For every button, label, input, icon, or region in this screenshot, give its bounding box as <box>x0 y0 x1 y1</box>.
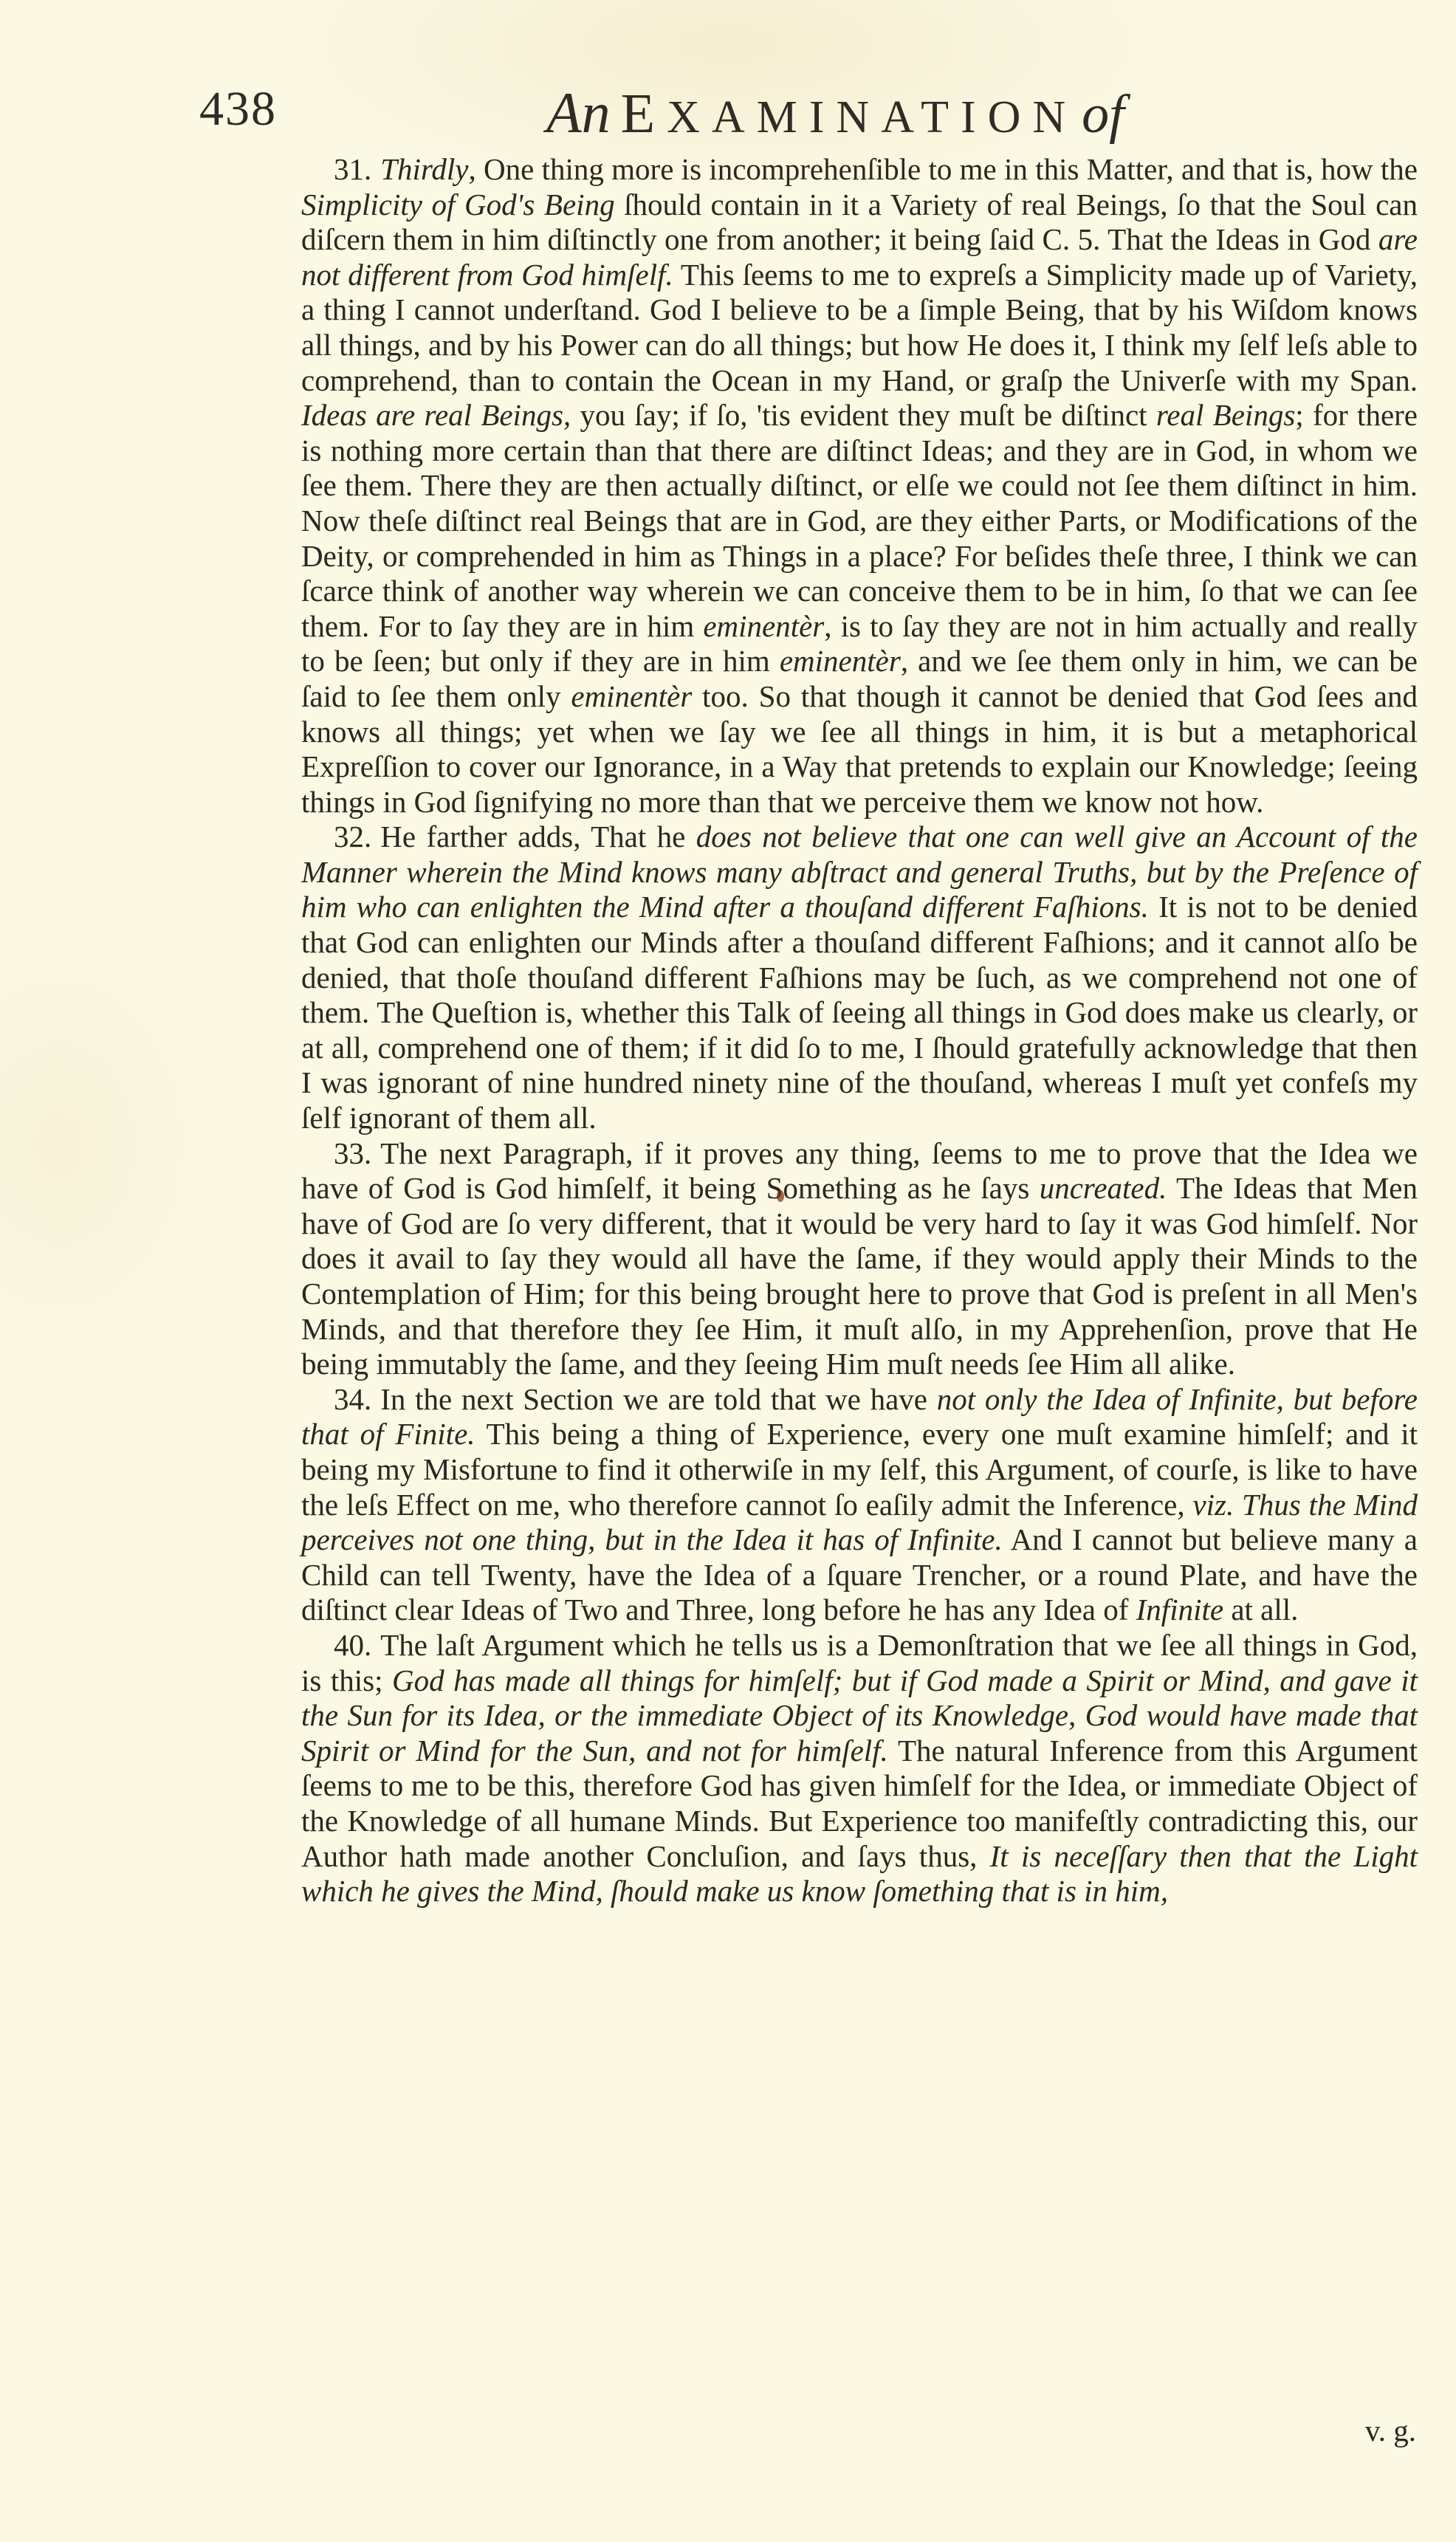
page-number: 438 <box>199 81 277 137</box>
text: at all. <box>1223 1593 1298 1626</box>
ink-stain <box>777 1190 784 1202</box>
italic-text: Thirdly <box>380 152 468 186</box>
section-number: 32. <box>334 820 371 853</box>
section-number: 40. <box>334 1628 371 1662</box>
section-number: 33. <box>334 1136 371 1170</box>
paragraph-section-33: 33.The next Paragraph, if it proves any … <box>301 1136 1418 1382</box>
running-title: AnEXAMINATIONof <box>546 80 1124 146</box>
italic-text: uncreated. <box>1040 1171 1167 1205</box>
text: He farther adds, That he <box>380 820 696 853</box>
catchword: v. g. <box>1365 2413 1416 2448</box>
running-title-rest: XAMINATION <box>667 92 1077 142</box>
italic-text: real Beings <box>1156 398 1295 432</box>
italic-text: Infinite <box>1136 1593 1223 1626</box>
running-title-main: EXAMINATION <box>621 92 1078 142</box>
italic-text: eminentèr <box>780 644 901 678</box>
text: It is not to be denied that God can enli… <box>301 890 1418 1135</box>
page-header: 438 AnEXAMINATIONof <box>199 74 1307 155</box>
body-text: 31.Thirdly, One thing more is incomprehe… <box>301 152 1418 1909</box>
paragraph-section-31: 31.Thirdly, One thing more is incomprehe… <box>301 152 1418 820</box>
paragraph-section-32: 32.He farther adds, That he does not bel… <box>301 820 1418 1136</box>
running-title-an: An <box>546 80 611 145</box>
text: , One thing more is incomprehenſible to … <box>468 152 1418 186</box>
italic-text: Simplicity of God's Being <box>301 188 615 221</box>
section-number: 31. <box>334 152 371 186</box>
italic-text: eminentèr <box>703 609 824 643</box>
italic-text: eminentèr <box>571 679 692 713</box>
text: you ſay; if ſo, 'tis evident they muſt b… <box>571 398 1156 432</box>
paragraph-section-40: 40.The laſt Argument which he tells us i… <box>301 1628 1418 1909</box>
text: In the next Section we are told that we … <box>380 1382 937 1416</box>
section-number: 34. <box>334 1382 371 1416</box>
running-title-of: of <box>1082 84 1124 145</box>
text: ; for there is nothing more certain than… <box>301 398 1418 643</box>
italic-text: Ideas are real Beings, <box>301 398 571 432</box>
running-title-initial: E <box>621 83 667 145</box>
book-page: 438 AnEXAMINATIONof 31.Thirdly, One thin… <box>0 0 1456 2542</box>
paragraph-section-34: 34.In the next Section we are told that … <box>301 1382 1418 1628</box>
